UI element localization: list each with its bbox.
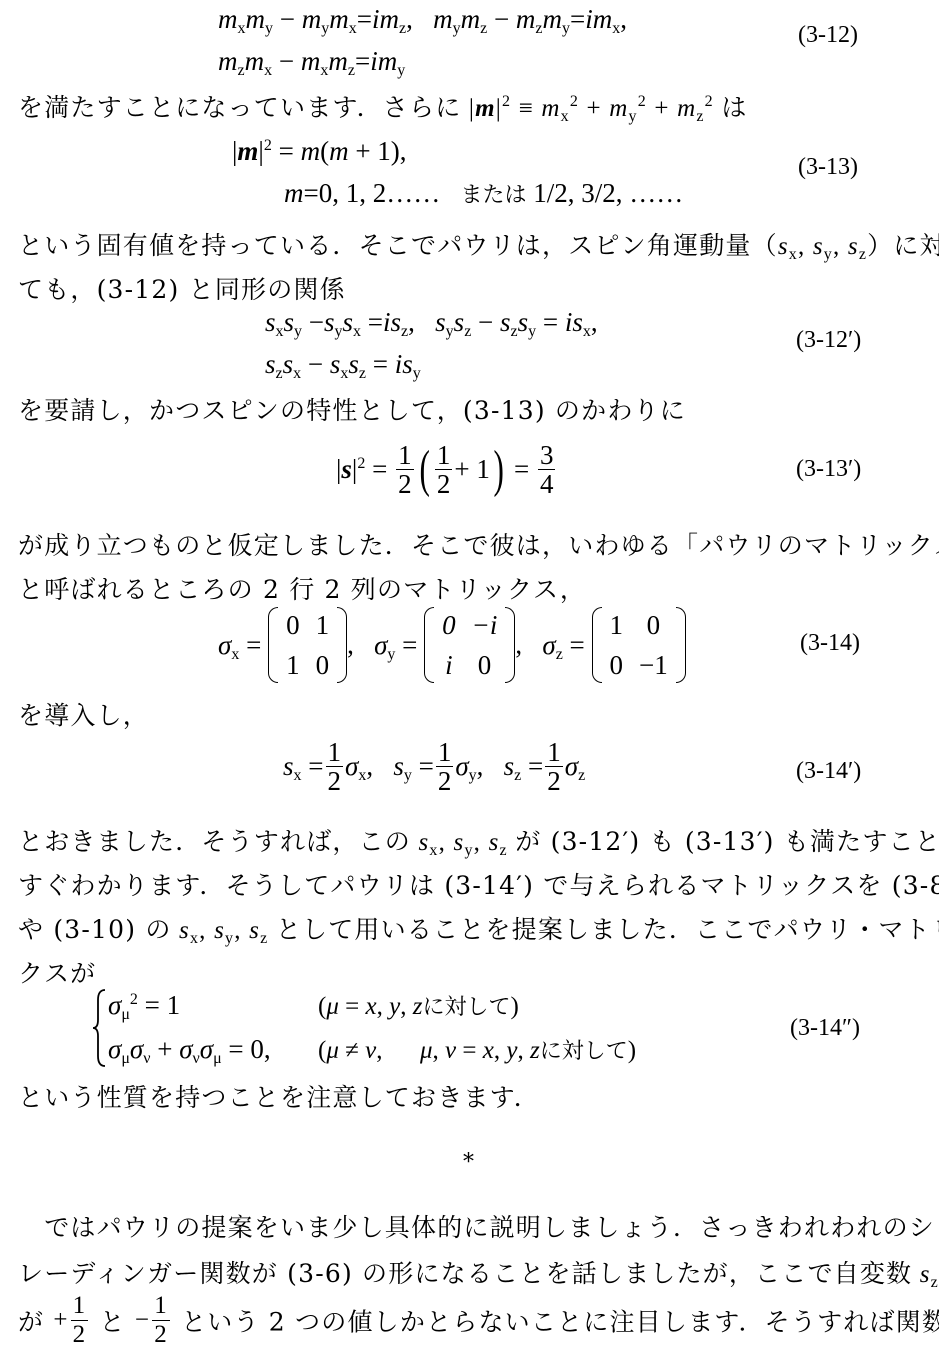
text-span: という 2 つの値しかとらないことに注目します．そうすれば関数 bbox=[181, 1308, 939, 1337]
equation-number-3-14: (3-14) bbox=[800, 630, 860, 657]
matrix-sigma-y: 0−i i0 bbox=[424, 605, 515, 685]
text-span: ）に対し bbox=[867, 231, 939, 260]
paragraph-line: とおきました．そうすれば，この sx, sy, sz が (3-12′) も (… bbox=[18, 822, 939, 858]
paragraph-line: すぐわかります．そうしてパウリは (3-14′) で与えられるマトリックスを (… bbox=[18, 866, 939, 902]
equation-number-3-13: (3-13) bbox=[798, 154, 858, 181]
equation-3-14pp-cond2: (μ ≠ ν, μ, ν = x, y, zに対して) bbox=[318, 1034, 636, 1065]
text-span: や (3-10) の bbox=[18, 915, 172, 944]
paragraph-line: という固有値を持っている．そこでパウリは，スピン角運動量（sx, sy, sz）… bbox=[18, 226, 939, 262]
text-span: は bbox=[721, 93, 747, 122]
paragraph-line: や (3-10) の sx, sy, sz として用いることを提案しました．ここ… bbox=[18, 910, 939, 946]
equation-number-3-12: (3-12) bbox=[798, 22, 858, 49]
equation-3-14pp-line2: σμσν + σνσμ = 0, bbox=[108, 1034, 271, 1065]
section-separator: * bbox=[463, 1150, 474, 1175]
text-span: とおきました．そうすれば，この bbox=[18, 827, 411, 856]
paragraph-line: が成り立つものと仮定しました．そこで彼は，いわゆる「パウリのマトリックス」 bbox=[18, 526, 939, 562]
matrix-sigma-z: 10 0−1 bbox=[592, 605, 686, 685]
equation-3-14p: sx =12σx, sy =12σy, sz =12σz bbox=[283, 738, 585, 795]
equation-number-3-13p: (3-13′) bbox=[796, 456, 861, 483]
paragraph-line: クスが bbox=[18, 954, 96, 990]
matrix-sigma-x: 01 10 bbox=[268, 605, 347, 685]
fraction: 12 bbox=[326, 738, 344, 795]
equation-number-3-14pp: (3-14″) bbox=[790, 1015, 860, 1042]
text-span: が (3-12′) も (3-13′) も満たすことは bbox=[515, 827, 939, 856]
text-span: として用いることを提案しました．ここでパウリ・マトリッ bbox=[276, 915, 939, 944]
paragraph-line: を満たすことになっています．さらに |m|2 ≡ mx2 + my2 + mz2… bbox=[18, 88, 748, 124]
paragraph-line: という性質を持つことを注意しておきます． bbox=[18, 1078, 540, 1114]
paragraph-line: ても，(3-12) と同形の関係 bbox=[18, 270, 346, 306]
left-brace-icon bbox=[92, 988, 106, 1068]
equation-3-12-line2: mzmx − mxmz=imy bbox=[218, 46, 405, 77]
fraction: 12 bbox=[436, 738, 454, 795]
inline-math: sx, sy, sz bbox=[172, 917, 276, 944]
equation-3-14pp-line1: σμ2 = 1 bbox=[108, 990, 180, 1021]
equation-3-14: σx = 01 10 , σy = 0−i i0 , σz = 10 0−1 bbox=[218, 605, 686, 685]
text-span: または bbox=[460, 183, 526, 208]
inline-math: sx, sy, sz bbox=[778, 233, 867, 260]
fraction: 12 bbox=[545, 738, 563, 795]
text-span: と bbox=[100, 1308, 126, 1337]
equation-number-3-12p: (3-12′) bbox=[796, 327, 861, 354]
paragraph-line: を要請し，かつスピンの特性として，(3-13) のかわりに bbox=[18, 391, 686, 427]
fraction: 12 bbox=[152, 1292, 170, 1345]
fraction: 12 bbox=[435, 441, 453, 498]
paragraph-line: ではパウリの提案をいま少し具体的に説明しましょう．さっきわれわれのシュ bbox=[18, 1208, 939, 1244]
equation-3-14pp-cond1: (μ = x, y, zに対して) bbox=[318, 990, 519, 1021]
text-span: が bbox=[18, 1308, 44, 1337]
inline-math: |m|2 ≡ mx2 + my2 + mz2 bbox=[461, 95, 721, 122]
paragraph-line: と呼ばれるところの 2 行 2 列のマトリックス， bbox=[18, 570, 586, 606]
inline-math: sx, sy, sz bbox=[411, 829, 515, 856]
inline-math: sz bbox=[912, 1261, 939, 1288]
text-span: という固有値を持っている．そこでパウリは，スピン角運動量（ bbox=[18, 231, 778, 260]
equation-number-3-14p: (3-14′) bbox=[796, 758, 861, 785]
equation-3-13-line1: |m|2 = m(m + 1), bbox=[232, 136, 407, 167]
equation-3-12p-line1: sxsy −sysx =isz, sysz − szsy = isx, bbox=[265, 307, 598, 338]
fraction: 12 bbox=[71, 1292, 89, 1345]
equation-3-13p: |s|2 = 12(12+ 1) = 34 bbox=[336, 440, 557, 499]
text-span: 1/2, 3/2, …… bbox=[533, 178, 683, 208]
paragraph-line: レーディンガー関数が (3-6) の形になることを話しましたが，ここで自変数 s… bbox=[18, 1254, 939, 1290]
equation-3-12-line1: mxmy − mymx=imz, mymz − mzmy=imx, bbox=[218, 4, 627, 35]
text-span: を満たすことになっています．さらに bbox=[18, 93, 461, 122]
text-span: レーディンガー関数が (3-6) の形になることを話しましたが，ここで自変数 bbox=[18, 1259, 912, 1288]
fraction: 34 bbox=[538, 441, 556, 498]
paragraph-line: を導入し， bbox=[18, 696, 149, 732]
paragraph-line: が +12 と −12 という 2 つの値しかとらないことに注目します．そうすれ… bbox=[18, 1292, 939, 1345]
equation-3-12p-line2: szsx − sxsz = isy bbox=[265, 349, 421, 380]
fraction: 12 bbox=[396, 441, 414, 498]
equation-3-13-line2: m=0, 1, 2…… または 1/2, 3/2, …… bbox=[284, 178, 683, 209]
